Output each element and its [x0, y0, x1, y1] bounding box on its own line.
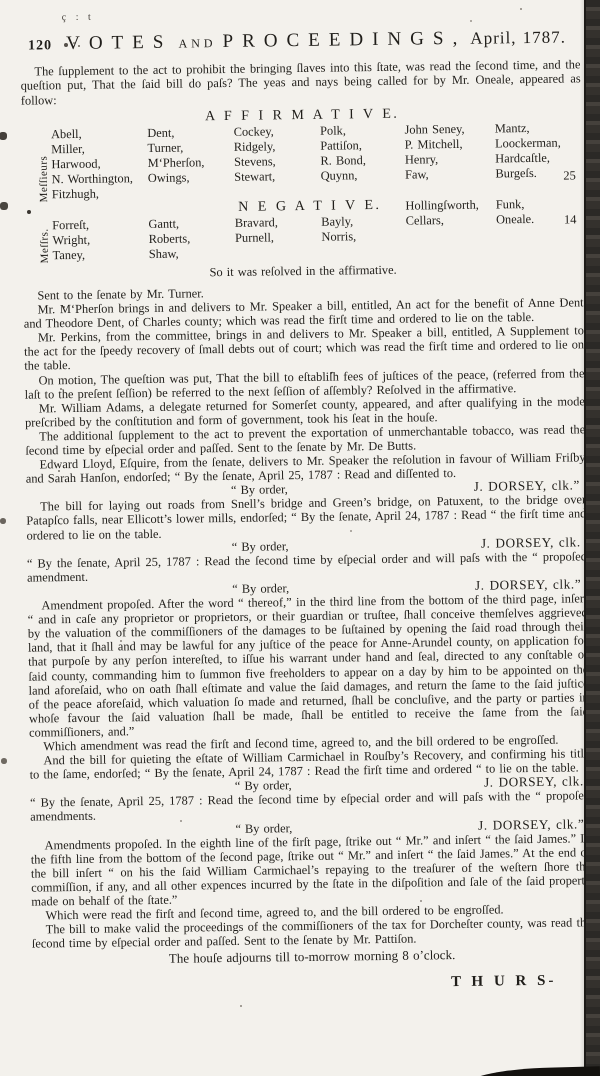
by-order-label: “ By order,	[235, 778, 292, 793]
resolution-line: So it was reſolved in the affirmative.	[23, 261, 583, 283]
vote-column: Gantt, Roberts, Shaw,	[148, 216, 235, 262]
vote-column: Hollingſworth, Cellars,	[405, 197, 496, 259]
delegate-name: Roberts,	[149, 231, 236, 247]
by-order-label: “ By order,	[232, 581, 289, 596]
delegate-name: Stevens,	[234, 154, 321, 170]
delegate-name: Stewart,	[234, 169, 321, 185]
vote-column: Bravard, Purnell,	[235, 215, 322, 261]
delegate-name: Gantt,	[148, 216, 235, 232]
vote-column: John Seney, P. Mitchell, Henry, Faw,	[404, 122, 495, 198]
page-title: VOTES AND PROCEEDINGS, April, 1787.	[52, 30, 580, 53]
adjournment-line: The houſe adjourns till to-morrow mornin…	[32, 947, 592, 969]
title-word-votes: VOTES	[66, 32, 173, 54]
negative-columns: Meſſrs. Forreſt, Wright, Taney, Gantt, R…	[38, 212, 583, 264]
delegate-name: Hollingſworth,	[405, 197, 496, 213]
affirmative-count: 25	[563, 169, 576, 184]
delegate-name: John Seney,	[404, 122, 495, 138]
delegate-name: Ridgely,	[234, 139, 321, 155]
by-order-label: “ By order,	[235, 821, 292, 836]
title-word-proceedings: PROCEEDINGS,	[222, 28, 466, 52]
clerk-signature: J. DORSEY, clk.”	[478, 817, 584, 832]
negative-count: 14	[564, 213, 577, 228]
vote-column: Bayly, Norris,	[321, 214, 406, 260]
delegate-name: Cockey,	[234, 124, 321, 140]
delegate-name: Fitzhugh,	[52, 186, 148, 202]
delegate-name: N. Worthington,	[52, 171, 148, 187]
delegate-name: Mantz,	[495, 121, 582, 137]
delegate-name: Harwood,	[51, 156, 147, 172]
vote-column: Forreſt, Wright, Taney,	[52, 217, 149, 263]
paragraph: Amendment propoſed. After the word “ the…	[27, 591, 589, 739]
delegate-name: R. Bond,	[320, 153, 405, 169]
delegate-name: Abell,	[51, 126, 147, 142]
page-curl-shadow	[468, 1066, 600, 1076]
vote-column: Mantz, Loockerman, Hardcaſtle, Burgeſs.	[495, 121, 582, 197]
catchword: T H U R S-	[32, 974, 556, 995]
delegate-name: Bravard,	[235, 215, 322, 231]
paragraph: The bill to make valid the proceedings o…	[32, 915, 592, 951]
delegate-name: Forreſt,	[52, 217, 148, 233]
stray-ink-marks: ç : t	[62, 11, 94, 26]
affirmative-vote-table: A F F I R M A T I V E. Meſſieurs Abell, …	[25, 105, 582, 203]
clerk-signature: J. DORSEY, clk.	[484, 775, 584, 790]
vote-column: Dent, Turner, M‘Pherſon, Owings,	[147, 125, 234, 201]
scan-dust-specks	[0, 0, 2, 2]
page-header: 120 VOTES AND PROCEEDINGS, April, 1787.	[20, 30, 580, 54]
affirmative-columns: Meſſieurs Abell, Miller, Harwood, N. Wor…	[37, 121, 582, 203]
document-page: ç : t 120 VOTES AND PROCEEDINGS, April, …	[0, 0, 600, 1076]
delegate-name: Shaw,	[149, 246, 236, 262]
messrs-label: Meſſrs.	[38, 221, 52, 264]
delegate-name: Henry,	[405, 152, 496, 168]
messieurs-label: Meſſieurs	[37, 130, 52, 203]
delegate-name: Turner,	[147, 140, 234, 156]
intro-paragraph: The ſupplement to the act to prohibit th…	[20, 57, 581, 108]
delegate-name: Taney,	[53, 247, 149, 263]
delegate-name: Hardcaſtle,	[495, 151, 582, 167]
delegate-name: Polk,	[320, 123, 405, 139]
delegate-name: Faw,	[405, 167, 496, 183]
title-word-and: AND	[178, 36, 216, 50]
by-order-label: “ By order,	[231, 482, 288, 497]
scan-edge-band	[584, 0, 600, 1076]
delegate-name: Purnell,	[235, 230, 322, 246]
paragraph: Amendments propoſed. In the eighth line …	[31, 831, 592, 909]
clerk-signature: J. DORSEY, clk.”	[474, 479, 580, 494]
vote-column: Polk, Pattiſon, R. Bond, Quynn,	[320, 123, 405, 199]
delegate-name: Loockerman,	[495, 136, 582, 152]
delegate-name: Cellars,	[406, 212, 497, 228]
body-paragraphs: Sent to the ſenate by Mr. Turner. Mr. M‘…	[23, 281, 592, 951]
clerk-signature: J. DORSEY, clk.	[481, 535, 581, 550]
delegate-name: Norris,	[321, 229, 406, 245]
vote-column: Abell, Miller, Harwood, N. Worthington, …	[51, 126, 148, 202]
delegate-name: Bayly,	[321, 214, 406, 230]
delegate-name: M‘Pherſon,	[148, 155, 235, 171]
delegate-name: Pattiſon,	[320, 138, 405, 154]
vote-column: Cockey, Ridgely, Stevens, Stewart,	[234, 124, 321, 200]
page-content: ç : t 120 VOTES AND PROCEEDINGS, April, …	[20, 30, 592, 995]
delegate-name: Miller,	[51, 141, 147, 157]
delegate-name: Wright,	[52, 232, 148, 248]
delegate-name: Owings,	[148, 170, 235, 186]
delegate-name: Funk,	[496, 196, 583, 212]
paragraph: Mr. Perkins, from the committee, brings …	[24, 324, 585, 374]
negative-vote-table: N E G A T I V E. Meſſrs. Forreſt, Wright…	[26, 196, 583, 264]
by-order-label: “ By order,	[232, 539, 289, 554]
delegate-name: Quynn,	[321, 168, 406, 184]
page-number: 120	[28, 39, 52, 54]
title-date: April, 1787.	[470, 28, 566, 48]
delegate-name: P. Mitchell,	[405, 137, 496, 153]
clerk-signature: J. DORSEY, clk.”	[475, 577, 581, 592]
delegate-name: Dent,	[147, 125, 234, 141]
